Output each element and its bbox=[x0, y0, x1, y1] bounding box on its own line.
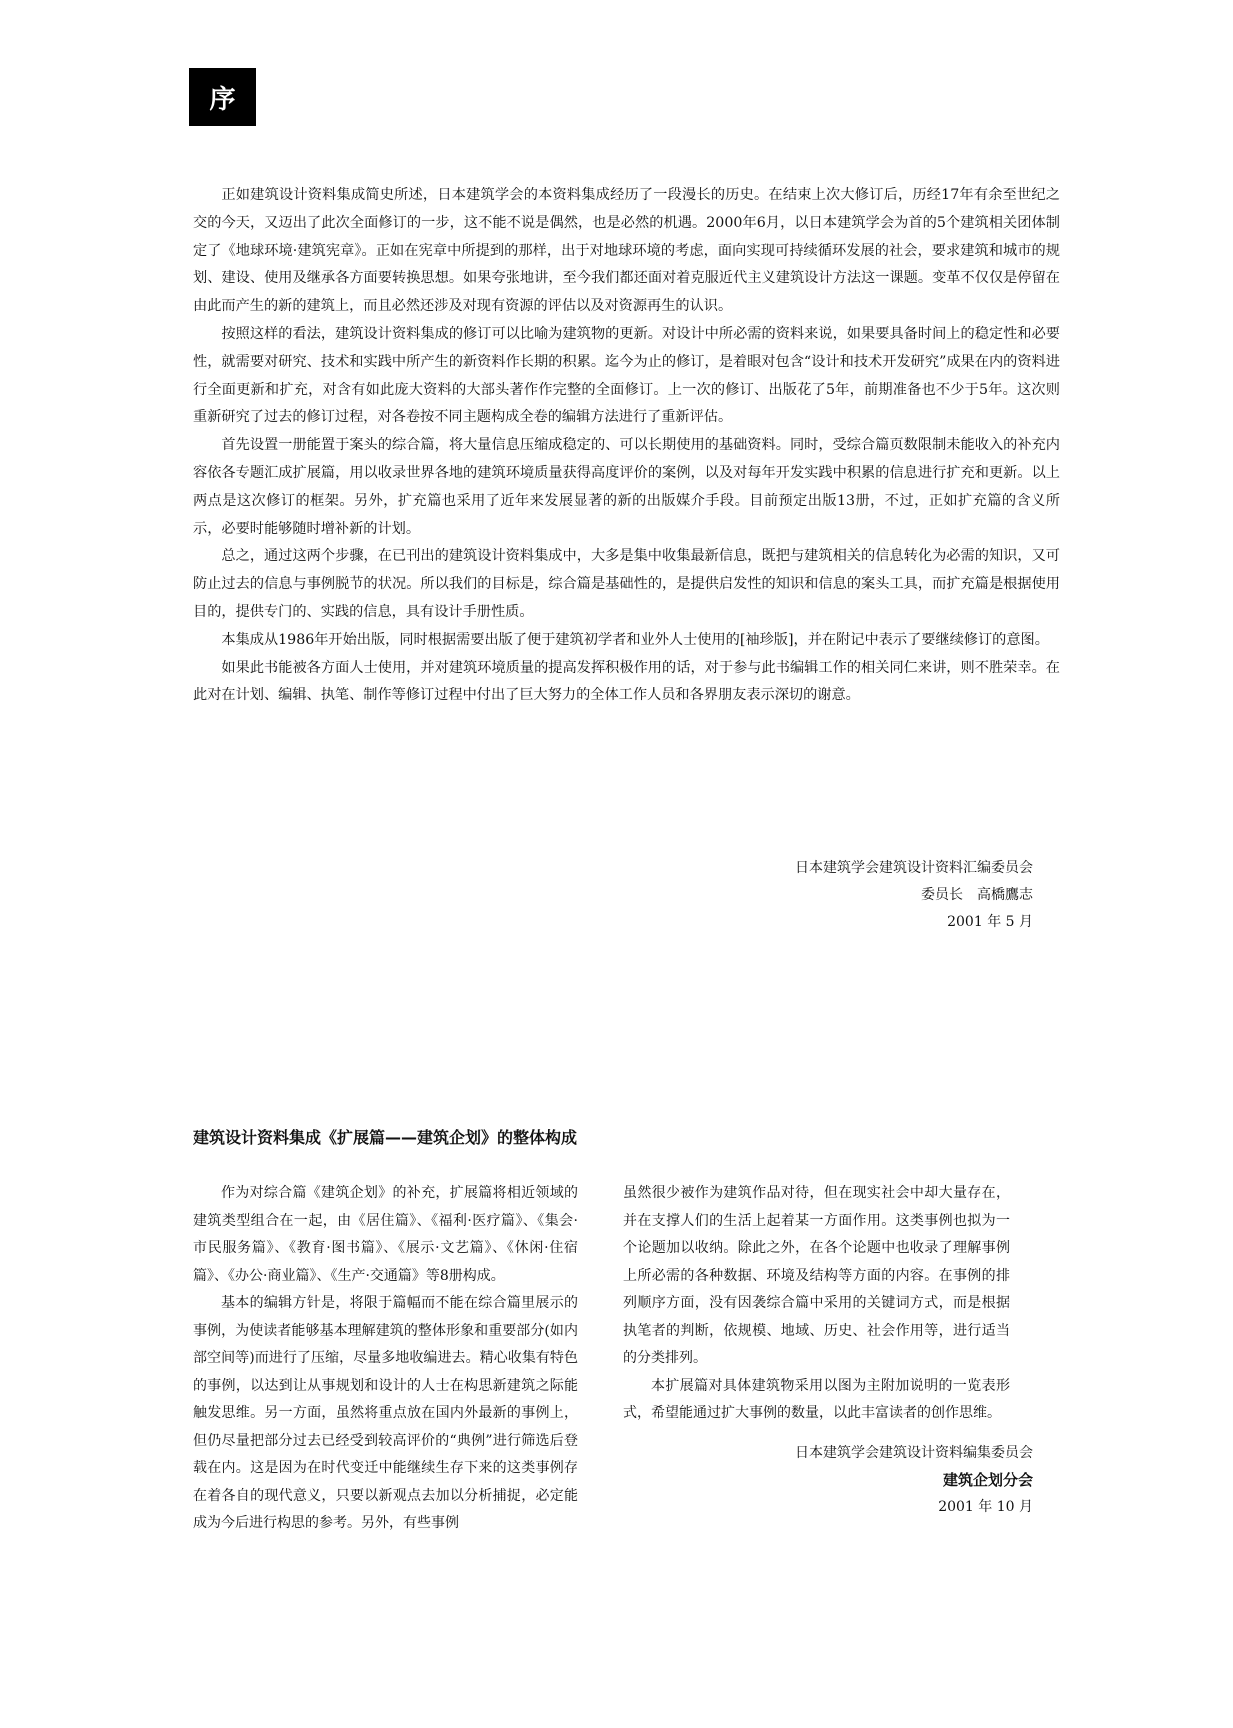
section-left-column: 作为对综合篇《建筑企划》的补充，扩展篇将相近领域的建筑类型组合在一起，由《居住篇… bbox=[193, 1180, 578, 1538]
preface-paragraph: 首先设置一册能置于案头的综合篇，将大量信息压缩成稳定的、可以长期使用的基础资料。… bbox=[193, 432, 1060, 543]
section-title: 建筑设计资料集成《扩展篇——建筑企划》的整体构成 bbox=[193, 1125, 577, 1148]
preface-signature: 日本建筑学会建筑设计资料汇编委员会 委员长 高橋鷹志 2001 年 5 月 bbox=[795, 855, 1033, 936]
section-signature: 日本建筑学会建筑设计资料编集委员会 建筑企划分会 2001 年 10 月 bbox=[795, 1440, 1033, 1521]
section-right-column: 虽然很少被作为建筑作品对待，但在现实社会中却大量存在，并在支撑人们的生活上起着某… bbox=[623, 1180, 1010, 1428]
preface-paragraph: 如果此书能被各方面人士使用，并对建筑环境质量的提高发挥积极作用的话，对于参与此书… bbox=[193, 655, 1060, 711]
signature-division: 建筑企划分会 bbox=[795, 1467, 1033, 1494]
section-paragraph: 作为对综合篇《建筑企划》的补充，扩展篇将相近领域的建筑类型组合在一起，由《居住篇… bbox=[193, 1180, 578, 1290]
preface-paragraph: 本集成从1986年开始出版，同时根据需要出版了便于建筑初学者和业外人士使用的[袖… bbox=[193, 627, 1060, 655]
signature-date: 2001 年 5 月 bbox=[795, 909, 1033, 936]
section-paragraph: 基本的编辑方针是，将限于篇幅而不能在综合篇里展示的事例，为使读者能够基本理解建筑… bbox=[193, 1290, 578, 1538]
preface-paragraph: 正如建筑设计资料集成简史所述，日本建筑学会的本资料集成经历了一段漫长的历史。在结… bbox=[193, 182, 1060, 321]
signature-org: 日本建筑学会建筑设计资料汇编委员会 bbox=[795, 855, 1033, 882]
signature-date: 2001 年 10 月 bbox=[795, 1494, 1033, 1521]
preface-heading-badge: 序 bbox=[189, 68, 256, 126]
preface-paragraph: 按照这样的看法，建筑设计资料集成的修订可以比喻为建筑物的更新。对设计中所必需的资… bbox=[193, 321, 1060, 432]
signature-name: 委员长 高橋鷹志 bbox=[795, 882, 1033, 909]
section-paragraph-continued: 虽然很少被作为建筑作品对待，但在现实社会中却大量存在，并在支撑人们的生活上起着某… bbox=[623, 1180, 1010, 1373]
preface-body: 正如建筑设计资料集成简史所述，日本建筑学会的本资料集成经历了一段漫长的历史。在结… bbox=[193, 182, 1060, 710]
signature-org: 日本建筑学会建筑设计资料编集委员会 bbox=[795, 1440, 1033, 1467]
section-paragraph: 本扩展篇对具体建筑物采用以图为主附加说明的一览表形式，希望能通过扩大事例的数量，… bbox=[623, 1373, 1010, 1428]
preface-paragraph: 总之，通过这两个步骤，在已刊出的建筑设计资料集成中，大多是集中收集最新信息，既把… bbox=[193, 543, 1060, 626]
